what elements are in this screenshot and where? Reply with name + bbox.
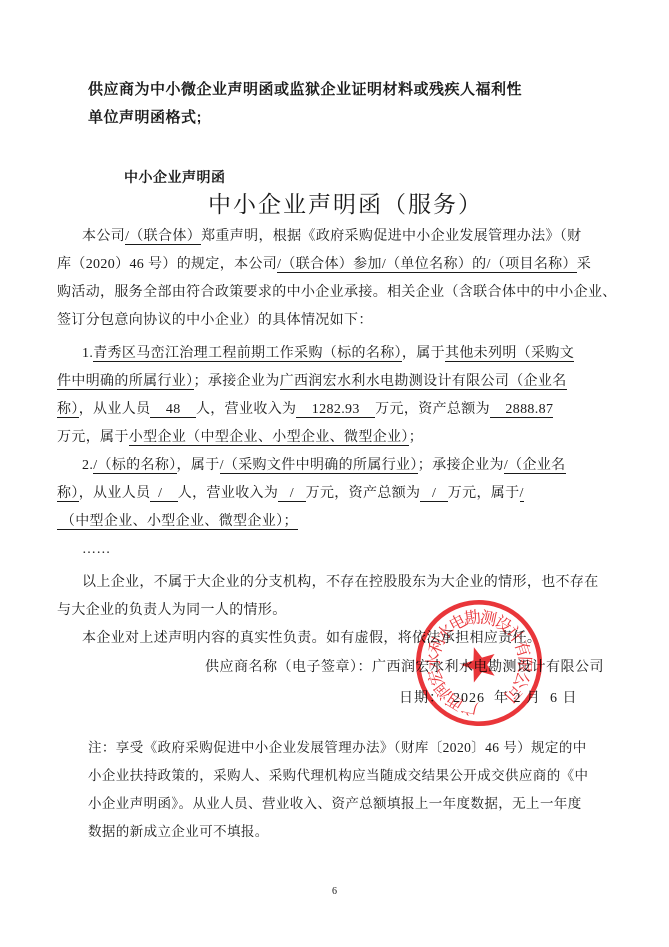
text-segment: 万元，属于: [57, 430, 129, 445]
underlined-text: 小型企业（中型企业、小型企业、微型企业）: [129, 430, 409, 446]
text-line: 签订分包意向协议的中小企业）的具体情况如下：: [57, 307, 619, 335]
underlined-text: /（联合体）参加/（单位名称）的/（项目名称）: [277, 257, 577, 273]
underlined-text: 称）: [57, 402, 79, 418]
text-segment: 1.: [82, 346, 93, 361]
underlined-text: /（企业名: [504, 458, 566, 474]
underlined-text: /: [520, 486, 524, 502]
text-line: 小企业扶持政策的，采购人、采购代理机构应当随成交结果公开成交供应商的《中: [88, 762, 616, 790]
underlined-text: 青秀区马峦江治理工程前期工作采购（标的名称）: [93, 346, 402, 362]
text-line: 单位声明函格式;: [88, 104, 608, 132]
underlined-text: 其他未列明（采购文: [445, 346, 574, 362]
document-page: 供应商为中小微企业声明函或监狱企业证明材料或残疾人福利性单位声明函格式; 中小企…: [0, 0, 669, 947]
text-segment: 采: [577, 257, 591, 272]
text-line: 1.青秀区马峦江治理工程前期工作采购（标的名称），属于其他未列明（采购文: [57, 340, 619, 368]
text-line: 注：享受《政府采购促进中小企业发展管理办法》（财库〔2020〕46 号）规定的中: [88, 734, 616, 762]
text-line: 件中明确的所属行业）；承接企业为广西润宏水利水电勘测设计有限公司（企业名: [57, 368, 619, 396]
text-line: 数据的新成立企业可不填报。: [88, 818, 616, 846]
seal-star-icon: [457, 642, 501, 685]
text-line: 供应商为中小微企业声明函或监狱企业证明材料或残疾人福利性: [88, 76, 608, 104]
underlined-text: 1282.93: [296, 402, 375, 418]
underlined-text: /（标的名称）: [93, 458, 176, 474]
text-line: 库（2020）46 号）的规定，本公司/（联合体）参加/（单位名称）的/（项目名…: [57, 251, 619, 279]
underlined-text: （中型企业、小型企业、微型企业）；: [57, 514, 298, 530]
page-number: 6: [0, 886, 669, 897]
text-segment: ；承接企业为: [194, 374, 280, 389]
footnote: 注：享受《政府采购促进中小企业发展管理办法》（财库〔2020〕46 号）规定的中…: [88, 734, 616, 846]
text-line: 小企业声明函》。从业人员、营业收入、资产总额填报上一年度数据，无上一年度: [88, 790, 616, 818]
underlined-text: 件中明确的所属行业）: [57, 374, 194, 390]
text-line: 称），从业人员 / 人，营业收入为 / 万元，资产总额为 / 万元，属于/: [57, 480, 619, 508]
text-segment: ，从业人员: [79, 402, 151, 417]
underlined-text: 48: [150, 402, 196, 418]
underlined-text: /（采购文件中明确的所属行业）: [220, 458, 418, 474]
document-heading: 供应商为中小微企业声明函或监狱企业证明材料或残疾人福利性单位声明函格式;: [88, 76, 608, 132]
underlined-text: /: [150, 486, 177, 502]
text-segment: 签订分包意向协议的中小企业）的具体情况如下：: [57, 313, 373, 328]
text-segment: 人，营业收入为: [178, 486, 278, 501]
text-segment: 与大企业的负责人为同一人的情形。: [57, 603, 287, 618]
text-line: 以上企业，不属于大企业的分支机构，不存在控股股东为大企业的情形，也不存在: [57, 569, 619, 597]
text-line: （中型企业、小型企业、微型企业）；: [57, 508, 619, 536]
underlined-text: /: [420, 486, 447, 502]
declaration-body: 本公司/（联合体）郑重声明，根据《政府采购促进中小企业发展管理办法》（财库（20…: [57, 223, 619, 653]
underlined-text: 称）: [57, 486, 79, 502]
text-line: 本公司/（联合体）郑重声明，根据《政府采购促进中小企业发展管理办法》（财: [57, 223, 619, 251]
text-line: 购活动，服务全部由符合政策要求的中小企业承接。相关企业（含联合体中的中小企业、: [57, 279, 619, 307]
text-segment: 2.: [82, 458, 93, 473]
text-segment: 万元，属于: [448, 486, 520, 501]
text-segment: 库（2020）46 号）的规定，本公司: [57, 257, 277, 272]
text-line: 万元，属于小型企业（中型企业、小型企业、微型企业）；: [57, 424, 619, 452]
underlined-text: 2888.87: [490, 402, 553, 418]
document-title: 中小企业声明函（服务）: [208, 186, 483, 219]
underlined-text: /（联合体）: [125, 229, 201, 245]
text-segment: 郑重声明，根据《政府采购促进中小企业发展管理办法》（财: [201, 229, 581, 244]
text-line: 称），从业人员 48 人，营业收入为 1282.93 万元，资产总额为 2888…: [57, 396, 619, 424]
text-segment: 购活动，服务全部由符合政策要求的中小企业承接。相关企业（含联合体中的中小企业、: [57, 285, 617, 300]
text-segment: 人，营业收入为: [196, 402, 296, 417]
underlined-text: /: [278, 486, 305, 502]
text-segment: ；: [409, 430, 423, 445]
text-segment: ；承接企业为: [418, 458, 504, 473]
text-segment: 万元，资产总额为: [375, 402, 490, 417]
text-segment: 本公司: [82, 229, 125, 244]
text-segment: ，属于: [402, 346, 445, 361]
text-line: ……: [57, 536, 619, 564]
text-segment: ……: [82, 542, 111, 557]
text-segment: 万元，资产总额为: [306, 486, 421, 501]
underlined-text: 广西润宏水利水电勘测设计有限公司（企业名: [280, 374, 567, 390]
text-segment: ，属于: [177, 458, 220, 473]
section-subheading: 中小企业声明函: [124, 167, 226, 187]
text-line: 2./（标的名称），属于/（采购文件中明确的所属行业）；承接企业为/（企业名: [57, 452, 619, 480]
text-segment: ，从业人员: [79, 486, 151, 501]
